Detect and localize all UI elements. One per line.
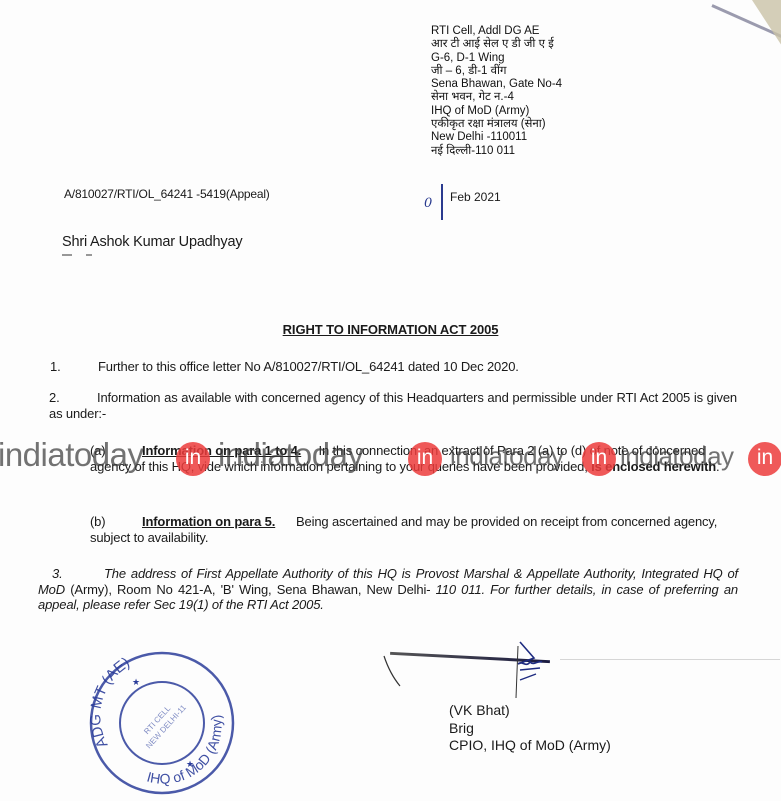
address-line: आर टी आई सेल ए डी जी ए ई [431, 38, 562, 51]
address-line: G-6, D-1 Wing [431, 52, 562, 65]
handwritten-date-stroke [441, 184, 443, 220]
paragraph-text: (Army), Room No 421-A, 'B' Wing, Sena Bh… [70, 582, 430, 597]
signature-tail [382, 652, 422, 697]
official-seal-stamp: ADG MT (AE) IHQ of MoD (Army) RTI CELL N… [86, 647, 238, 797]
signature-scribble [500, 640, 560, 707]
paragraph-2: 2.Information as available with concerne… [49, 390, 737, 421]
subparagraph-heading: Information on para 1 to 4. [142, 443, 301, 458]
paragraph-1: 1.Further to this office letter No A/810… [50, 359, 519, 375]
address-line: एकीकृत रक्षा मंत्रालय (सेना) [431, 118, 562, 131]
address-line: नई दिल्ली-110 011 [431, 145, 562, 158]
paragraph-3: 3.The address of First Appellate Authori… [38, 566, 738, 613]
signatory-block: (VK Bhat) Brig CPIO, IHQ of MoD (Army) [449, 702, 611, 755]
subparagraph-end: . [716, 459, 719, 474]
paragraph-text: Further to this office letter No A/81002… [98, 359, 519, 374]
paragraph-text: Information as available with concerned … [49, 390, 737, 421]
subparagraph-label: (b) [90, 514, 142, 530]
address-line: New Delhi -110011 [431, 131, 562, 144]
address-line: Sena Bhawan, Gate No-4 [431, 78, 562, 91]
address-line: सेना भवन, गेट न.-4 [431, 91, 562, 104]
signatory-designation: CPIO, IHQ of MoD (Army) [449, 737, 611, 755]
handwritten-date-digit: 0 [424, 196, 432, 211]
paragraph-2b: (b)Information on para 5. Being ascertai… [90, 514, 730, 545]
redacted-address-line [62, 254, 122, 256]
address-line: IHQ of MoD (Army) [431, 105, 562, 118]
signatory-name: (VK Bhat) [449, 702, 611, 720]
addressee-name: Shri Ashok Kumar Upadhyay [62, 234, 242, 250]
address-line: जी – 6, डी-1 वींग [431, 65, 562, 78]
address-line: RTI Cell, Addl DG AE [431, 25, 562, 38]
svg-text:RTI CELL NEW DELHI-11: RTI CELL NEW DELHI-11 [136, 695, 188, 750]
subparagraph-heading: Information on para 5. [142, 514, 275, 529]
signature-rule [560, 659, 780, 660]
stamp-star-icon: ★ [186, 759, 194, 769]
signatory-rank: Brig [449, 720, 611, 738]
watermark-in-badge: in [748, 442, 781, 476]
reference-number: A/810027/RTI/OL_64241 -5419(Appeal) [64, 187, 270, 201]
date-month-year: Feb 2021 [450, 190, 501, 204]
paragraph-number: 2. [49, 390, 97, 406]
paragraph-number: 3. [52, 566, 104, 582]
subparagraph-label: (a) [90, 443, 142, 459]
subparagraph-emphasis: is enclosed herewith [591, 459, 716, 474]
sender-address-block: RTI Cell, Addl DG AE आर टी आई सेल ए डी ज… [431, 25, 562, 158]
document-title: RIGHT TO INFORMATION ACT 2005 [0, 322, 781, 337]
paragraph-2a: (a)Information on para 1 to 4. In this c… [90, 443, 735, 474]
paragraph-number: 1. [50, 359, 98, 375]
paper-corner-shadow [752, 0, 781, 46]
stamp-star-icon: ★ [132, 677, 140, 687]
